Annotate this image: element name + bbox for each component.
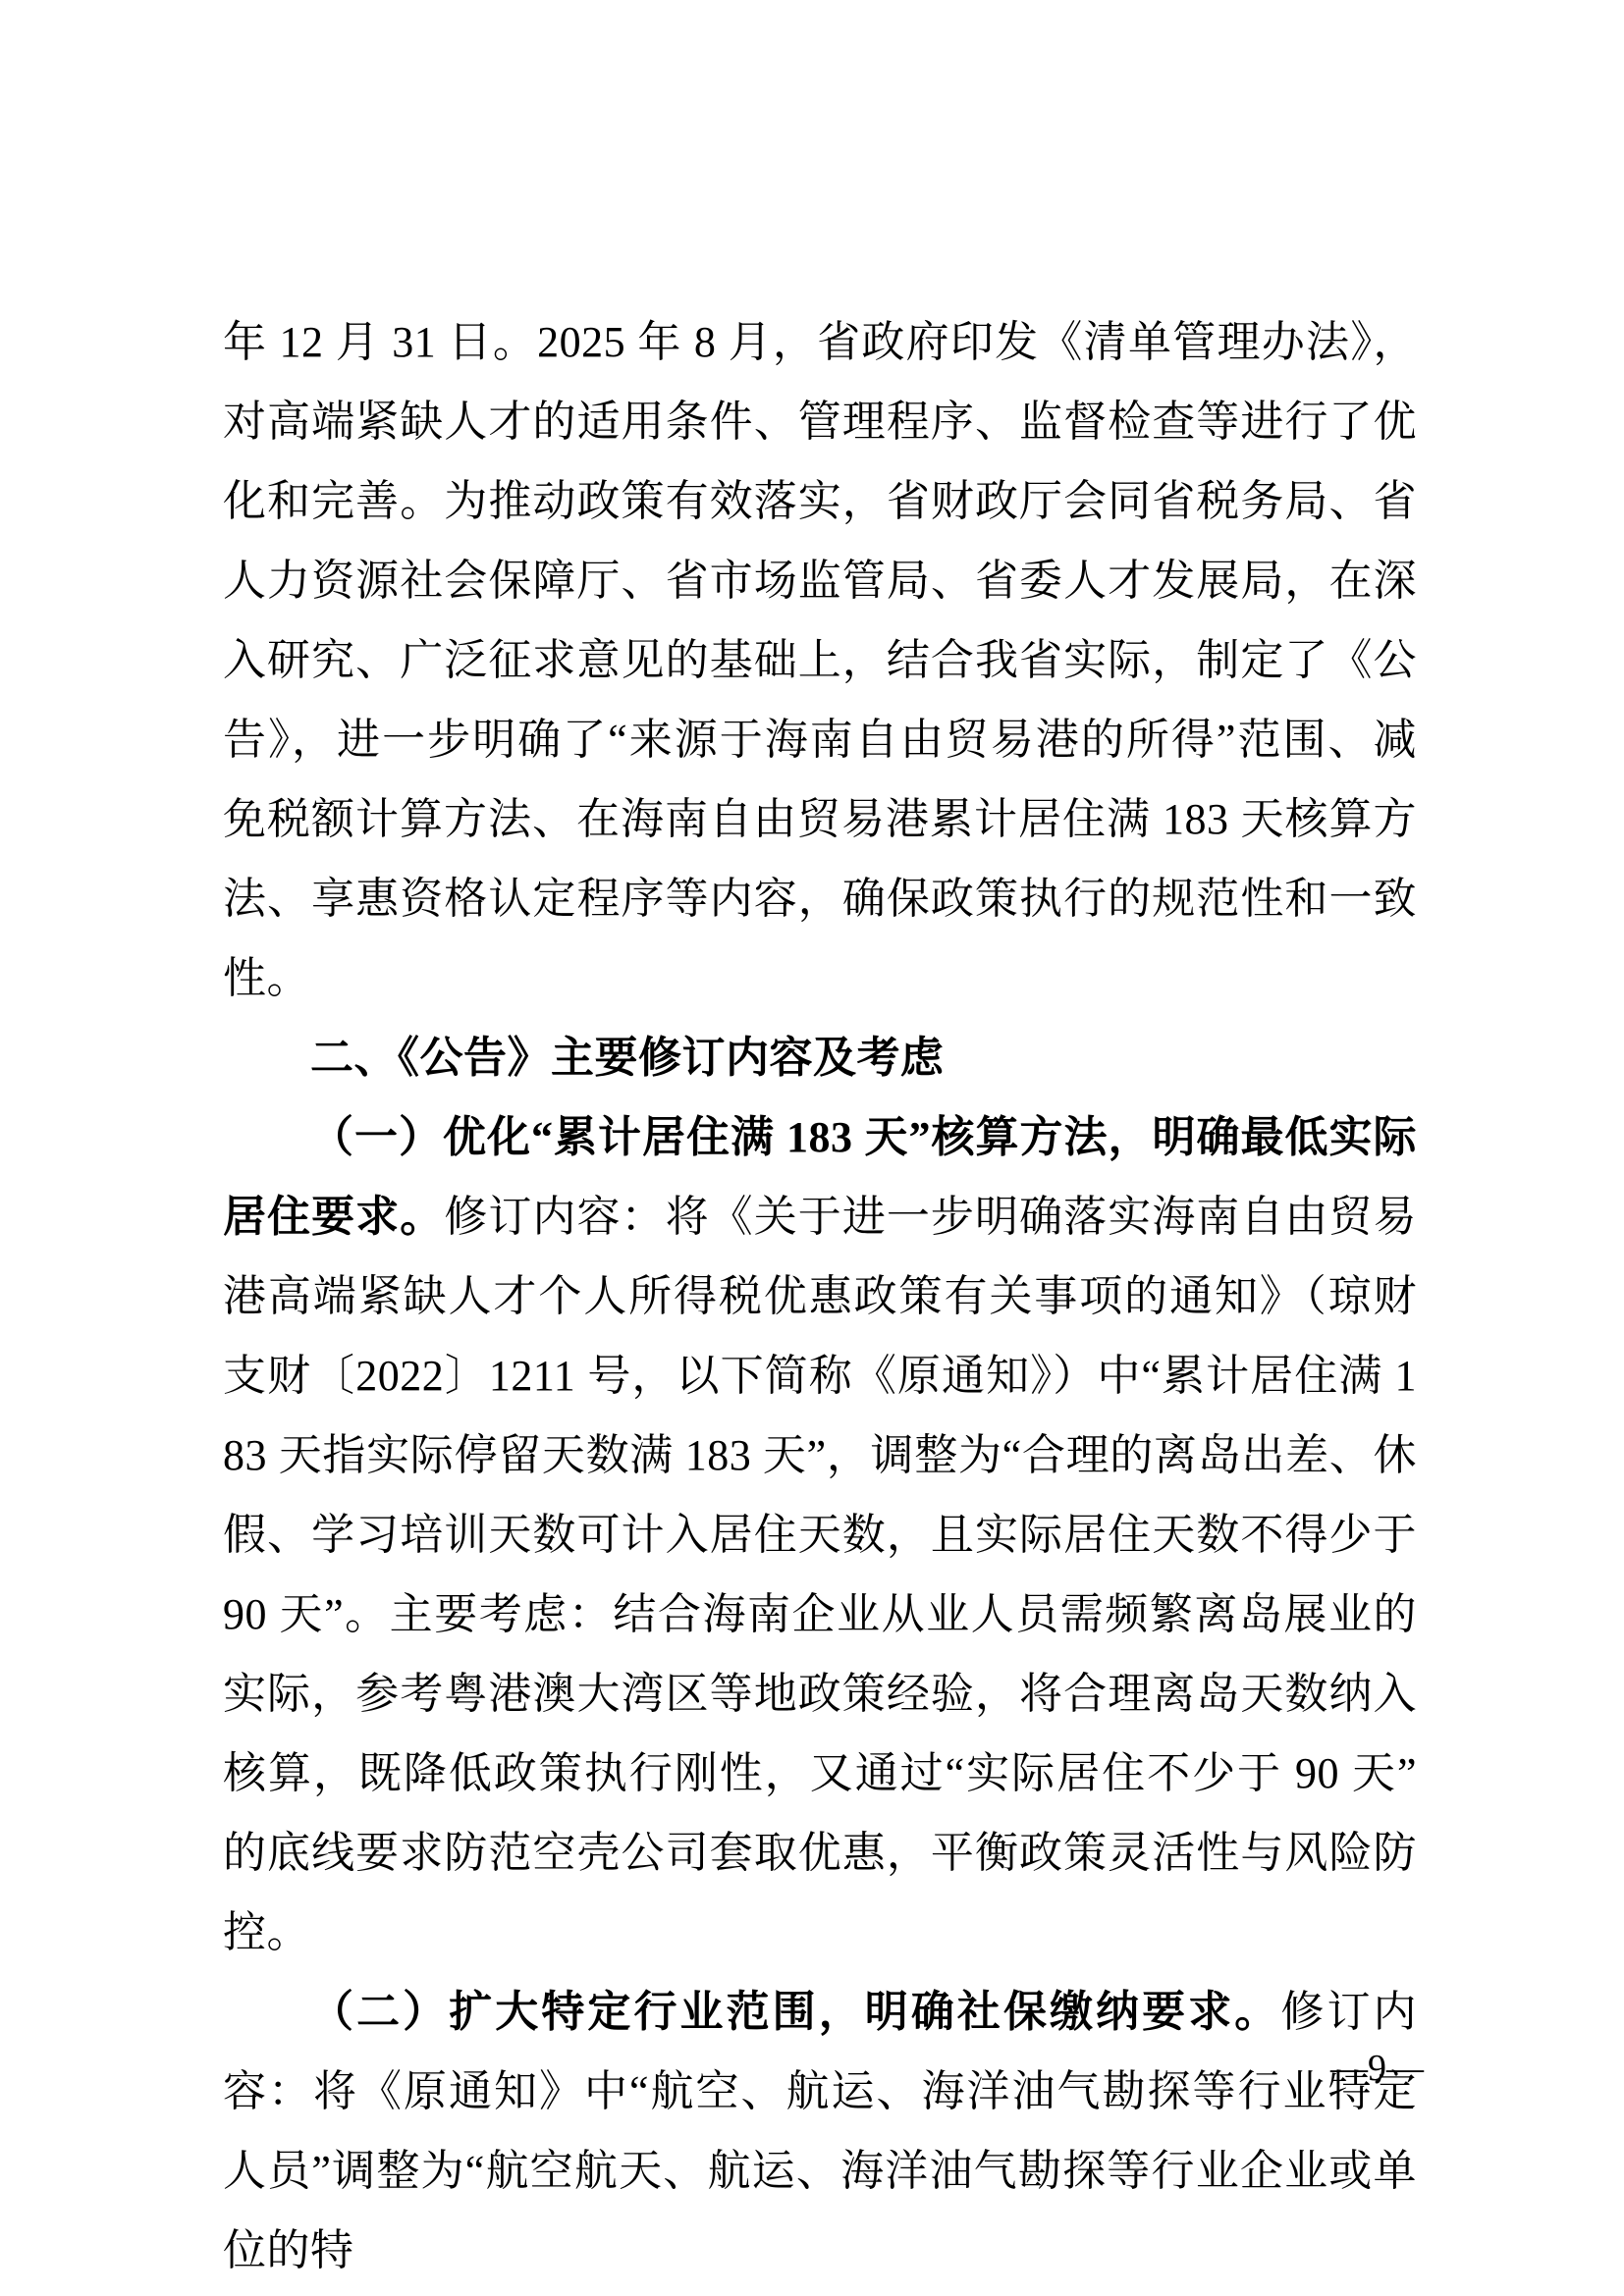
document-page: 年 12 月 31 日。2025 年 8 月，省政府印发《清单管理办法》，对高端…: [0, 0, 1624, 2296]
item-1-body: 修订内容：将《关于进一步明确落实海南自由贸易港高端紧缺人才个人所得税优惠政策有关…: [223, 1193, 1417, 1956]
document-body: 年 12 月 31 日。2025 年 8 月，省政府印发《清单管理办法》，对高端…: [223, 302, 1417, 2290]
page-number: —9—: [1330, 2044, 1424, 2093]
paragraph-continued: 年 12 月 31 日。2025 年 8 月，省政府印发《清单管理办法》，对高端…: [223, 302, 1417, 1018]
paragraph-item-2: （二）扩大特定行业范围，明确社保缴纳要求。修订内容：将《原通知》中“航空、航运、…: [223, 1972, 1417, 2290]
section-heading: 二、《公告》主要修订内容及考虑: [223, 1018, 1417, 1097]
item-2-lead: （二）扩大特定行业范围，明确社保缴纳要求。: [310, 1988, 1280, 2036]
paragraph-item-1: （一）优化“累计居住满 183 天”核算方法，明确最低实际居住要求。修订内容：将…: [223, 1097, 1417, 1972]
